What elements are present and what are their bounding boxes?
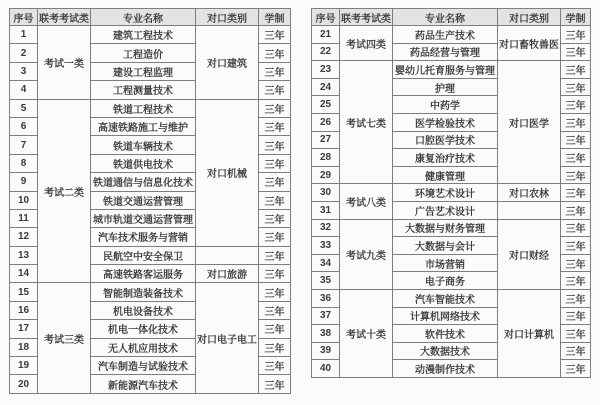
major-name-cell: 医学检验技术	[393, 113, 498, 131]
major-name-cell: 汽车制造与试验技术	[91, 357, 196, 375]
table-row: 5考试二类铁道工程技术对口机械三年	[10, 99, 291, 117]
exam-category-cell: 考试二类	[38, 99, 91, 283]
exam-category-cell: 考试十类	[340, 289, 393, 377]
major-name-cell: 无人机应用技术	[91, 338, 196, 356]
major-name-cell: 软件技术	[393, 325, 498, 343]
duration-cell: 三年	[561, 96, 591, 114]
duration-cell: 三年	[561, 184, 591, 202]
major-name-cell: 大数据与财务管理	[393, 219, 498, 237]
seq-cell: 21	[312, 26, 340, 44]
major-name-cell: 婴幼儿托育服务与管理	[393, 61, 498, 79]
seq-cell: 39	[312, 342, 340, 360]
counterpart-category-cell	[498, 201, 561, 219]
counterpart-category-cell	[196, 246, 259, 264]
major-name-cell: 铁道车辆技术	[91, 136, 196, 154]
duration-cell: 三年	[259, 44, 291, 62]
seq-cell: 1	[10, 26, 38, 44]
seq-cell: 6	[10, 117, 38, 135]
duration-cell: 三年	[561, 254, 591, 272]
major-name-cell: 工程测量技术	[91, 81, 196, 99]
col-counterpart-category-header: 对口类别	[498, 9, 561, 26]
exam-category-cell: 考试三类	[38, 283, 91, 393]
seq-cell: 30	[312, 184, 340, 202]
duration-cell: 三年	[561, 26, 591, 44]
seq-cell: 23	[312, 61, 340, 79]
seq-cell: 13	[10, 246, 38, 264]
duration-cell: 三年	[259, 265, 291, 283]
seq-cell: 29	[312, 166, 340, 184]
duration-cell: 三年	[561, 149, 591, 167]
major-name-cell: 电子商务	[393, 272, 498, 290]
major-name-cell: 铁道供电技术	[91, 154, 196, 172]
seq-cell: 11	[10, 209, 38, 227]
seq-cell: 16	[10, 301, 38, 319]
major-name-cell: 建设工程监理	[91, 62, 196, 80]
seq-cell: 3	[10, 62, 38, 80]
major-name-cell: 建筑工程技术	[91, 26, 196, 44]
major-name-cell: 环境艺术设计	[393, 184, 498, 202]
col-major-name-header: 专业名称	[393, 9, 498, 26]
duration-cell: 三年	[259, 26, 291, 44]
counterpart-category-cell: 对口畜牧兽医	[498, 26, 561, 61]
seq-cell: 33	[312, 237, 340, 255]
major-name-cell: 中药学	[393, 96, 498, 114]
major-name-cell: 民航空中安全保卫	[91, 246, 196, 264]
table-row: 15考试三类智能制造装备技术对口电子电工三年	[10, 283, 291, 301]
exam-category-cell: 考试八类	[340, 184, 393, 219]
major-name-cell: 城市轨道交通运营管理	[91, 209, 196, 227]
table-row: 21考试四类药品生产技术对口畜牧兽医三年	[312, 26, 591, 44]
header-row: 序号联考考试类专业名称对口类别学制	[312, 9, 591, 26]
seq-cell: 36	[312, 289, 340, 307]
major-name-cell: 铁道交通运营管理	[91, 191, 196, 209]
seq-cell: 27	[312, 131, 340, 149]
duration-cell: 三年	[561, 307, 591, 325]
major-name-cell: 工程造价	[91, 44, 196, 62]
major-name-cell: 康复治疗技术	[393, 149, 498, 167]
major-name-cell: 护理	[393, 78, 498, 96]
seq-cell: 2	[10, 44, 38, 62]
seq-cell: 35	[312, 272, 340, 290]
duration-cell: 三年	[259, 81, 291, 99]
col-duration-header: 学制	[561, 9, 591, 26]
major-name-cell: 汽车智能技术	[393, 289, 498, 307]
tables-container: 序号联考考试类专业名称对口类别学制1考试一类建筑工程技术对口建筑三年2工程造价三…	[9, 8, 591, 394]
seq-cell: 8	[10, 154, 38, 172]
counterpart-category-cell: 对口财经	[498, 219, 561, 289]
seq-cell: 18	[10, 338, 38, 356]
duration-cell: 三年	[259, 246, 291, 264]
seq-cell: 26	[312, 113, 340, 131]
major-name-cell: 智能制造装备技术	[91, 283, 196, 301]
table-row: 1考试一类建筑工程技术对口建筑三年	[10, 26, 291, 44]
duration-cell: 三年	[561, 237, 591, 255]
seq-cell: 14	[10, 265, 38, 283]
duration-cell: 三年	[259, 173, 291, 191]
duration-cell: 三年	[561, 201, 591, 219]
col-counterpart-category-header: 对口类别	[196, 9, 259, 26]
col-exam-category-header: 联考考试类	[38, 9, 91, 26]
duration-cell: 三年	[561, 219, 591, 237]
seq-cell: 24	[312, 78, 340, 96]
seq-cell: 17	[10, 320, 38, 338]
seq-cell: 5	[10, 99, 38, 117]
duration-cell: 三年	[259, 99, 291, 117]
exam-category-cell: 考试七类	[340, 61, 393, 184]
table-row: 32考试九类大数据与财务管理对口财经三年	[312, 219, 591, 237]
duration-cell: 三年	[561, 325, 591, 343]
table-row: 30考试八类环境艺术设计对口农林三年	[312, 184, 591, 202]
duration-cell: 三年	[259, 301, 291, 319]
seq-cell: 15	[10, 283, 38, 301]
major-name-cell: 口腔医学技术	[393, 131, 498, 149]
major-name-cell: 健康管理	[393, 166, 498, 184]
counterpart-category-cell: 对口医学	[498, 61, 561, 184]
header-row: 序号联考考试类专业名称对口类别学制	[10, 9, 291, 26]
duration-cell: 三年	[259, 357, 291, 375]
seq-cell: 28	[312, 149, 340, 167]
duration-cell: 三年	[561, 342, 591, 360]
duration-cell: 三年	[561, 131, 591, 149]
duration-cell: 三年	[259, 375, 291, 393]
major-name-cell: 广告艺术设计	[393, 201, 498, 219]
major-name-cell: 机电设备技术	[91, 301, 196, 319]
major-name-cell: 铁道通信与信息化技术	[91, 173, 196, 191]
counterpart-category-cell: 对口机械	[196, 99, 259, 246]
duration-cell: 三年	[259, 136, 291, 154]
seq-cell: 9	[10, 173, 38, 191]
seq-cell: 22	[312, 43, 340, 61]
col-seq-header: 序号	[312, 9, 340, 26]
duration-cell: 三年	[561, 360, 591, 378]
seq-cell: 34	[312, 254, 340, 272]
seq-cell: 38	[312, 325, 340, 343]
duration-cell: 三年	[561, 289, 591, 307]
major-name-cell: 铁道工程技术	[91, 99, 196, 117]
major-name-cell: 药品生产技术	[393, 26, 498, 44]
scanned-document-page: 序号联考考试类专业名称对口类别学制1考试一类建筑工程技术对口建筑三年2工程造价三…	[0, 0, 600, 405]
seq-cell: 10	[10, 191, 38, 209]
major-name-cell: 大数据与会计	[393, 237, 498, 255]
counterpart-category-cell: 对口电子电工	[196, 283, 259, 393]
seq-cell: 25	[312, 96, 340, 114]
major-name-cell: 动漫制作技术	[393, 360, 498, 378]
major-name-cell: 新能源汽车技术	[91, 375, 196, 393]
major-name-cell: 高速铁路客运服务	[91, 265, 196, 283]
duration-cell: 三年	[561, 78, 591, 96]
duration-cell: 三年	[259, 283, 291, 301]
duration-cell: 三年	[259, 338, 291, 356]
exam-category-cell: 考试一类	[38, 26, 91, 100]
counterpart-category-cell: 对口建筑	[196, 26, 259, 100]
duration-cell: 三年	[561, 166, 591, 184]
major-name-cell: 大数据技术	[393, 342, 498, 360]
duration-cell: 三年	[561, 61, 591, 79]
major-name-cell: 机电一体化技术	[91, 320, 196, 338]
seq-cell: 7	[10, 136, 38, 154]
seq-cell: 37	[312, 307, 340, 325]
duration-cell: 三年	[259, 320, 291, 338]
duration-cell: 三年	[259, 117, 291, 135]
duration-cell: 三年	[259, 62, 291, 80]
col-seq-header: 序号	[10, 9, 38, 26]
exam-category-cell: 考试九类	[340, 219, 393, 289]
major-name-cell: 市场营销	[393, 254, 498, 272]
counterpart-category-cell: 对口计算机	[498, 289, 561, 377]
exam-category-cell: 考试四类	[340, 26, 393, 61]
col-exam-category-header: 联考考试类	[340, 9, 393, 26]
seq-cell: 20	[10, 375, 38, 393]
duration-cell: 三年	[259, 191, 291, 209]
seq-cell: 19	[10, 357, 38, 375]
duration-cell: 三年	[561, 43, 591, 61]
seq-cell: 31	[312, 201, 340, 219]
duration-cell: 三年	[561, 272, 591, 290]
duration-cell: 三年	[259, 228, 291, 246]
seq-cell: 40	[312, 360, 340, 378]
counterpart-category-cell: 对口农林	[498, 184, 561, 202]
major-name-cell: 高速铁路施工与维护	[91, 117, 196, 135]
table-row: 36考试十类汽车智能技术对口计算机三年	[312, 289, 591, 307]
seq-cell: 12	[10, 228, 38, 246]
major-name-cell: 计算机网络技术	[393, 307, 498, 325]
seq-cell: 4	[10, 81, 38, 99]
admissions-table-left: 序号联考考试类专业名称对口类别学制1考试一类建筑工程技术对口建筑三年2工程造价三…	[9, 8, 291, 394]
admissions-table-right: 序号联考考试类专业名称对口类别学制21考试四类药品生产技术对口畜牧兽医三年22药…	[311, 8, 591, 378]
major-name-cell: 药品经营与管理	[393, 43, 498, 61]
seq-cell: 32	[312, 219, 340, 237]
duration-cell: 三年	[259, 209, 291, 227]
major-name-cell: 汽车技术服务与营销	[91, 228, 196, 246]
col-major-name-header: 专业名称	[91, 9, 196, 26]
table-row: 23考试七类婴幼儿托育服务与管理对口医学三年	[312, 61, 591, 79]
duration-cell: 三年	[259, 154, 291, 172]
col-duration-header: 学制	[259, 9, 291, 26]
counterpart-category-cell: 对口旅游	[196, 265, 259, 283]
duration-cell: 三年	[561, 113, 591, 131]
